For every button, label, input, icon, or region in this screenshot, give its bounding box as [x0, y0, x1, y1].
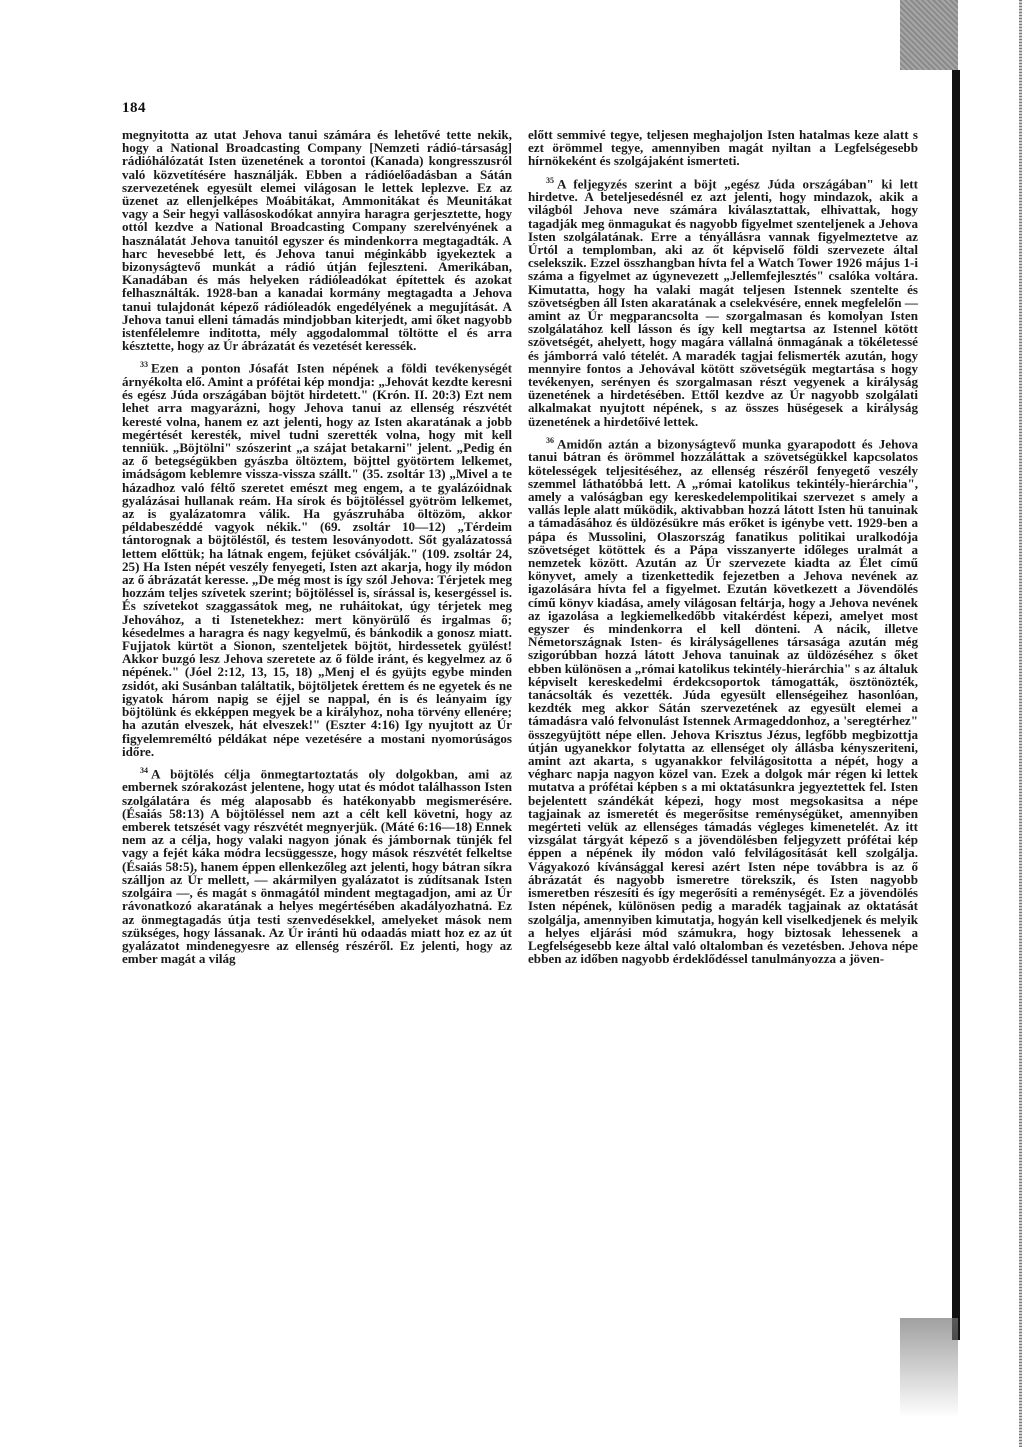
- paragraph-text: A böjtölés célja önmegtartoztatás oly do…: [122, 766, 512, 966]
- paragraph: 35A feljegyzés szerint a böjt „egész Júd…: [528, 174, 918, 428]
- left-column: megnyitotta az utat Jehova tanui számára…: [122, 128, 512, 971]
- scan-edge-shadow-top: [900, 0, 958, 70]
- paragraph: 36Amidőn aztán a bizonyságtevő munka gya…: [528, 434, 918, 965]
- paragraph-text: Ezen a ponton Jósafát Isten népének a fö…: [122, 361, 512, 759]
- paragraph-text: megnyitotta az utat Jehova tanui számára…: [122, 127, 512, 353]
- paragraph-text: Amidőn aztán a bizonyságtevő munka gyara…: [528, 436, 918, 966]
- paragraph: 34A böjtölés célja önmegtartoztatás oly …: [122, 764, 512, 965]
- paragraph: előtt semmivé tegye, teljesen meghajoljo…: [528, 128, 918, 168]
- paragraph-number: 35: [546, 176, 554, 185]
- paragraph-number: 36: [546, 436, 554, 445]
- scan-edge-shadow-bottom: [900, 1318, 958, 1418]
- scanned-page: 184 megnyitotta az utat Jehova tanui szá…: [0, 0, 1024, 1447]
- paragraph: 33Ezen a ponton Jósafát Isten népének a …: [122, 358, 512, 757]
- paragraph-text: előtt semmivé tegye, teljesen meghajoljo…: [528, 127, 918, 168]
- paragraph-number: 34: [140, 766, 148, 775]
- right-column: előtt semmivé tegye, teljesen meghajoljo…: [528, 128, 918, 971]
- paragraph: megnyitotta az utat Jehova tanui számára…: [122, 128, 512, 352]
- scan-edge-border: [952, 70, 960, 1340]
- paragraph-number: 33: [140, 360, 148, 369]
- scan-far-edge: [1019, 0, 1022, 1447]
- page-number: 184: [122, 100, 146, 117]
- paragraph-text: A feljegyzés szerint a böjt „egész Júda …: [528, 176, 918, 429]
